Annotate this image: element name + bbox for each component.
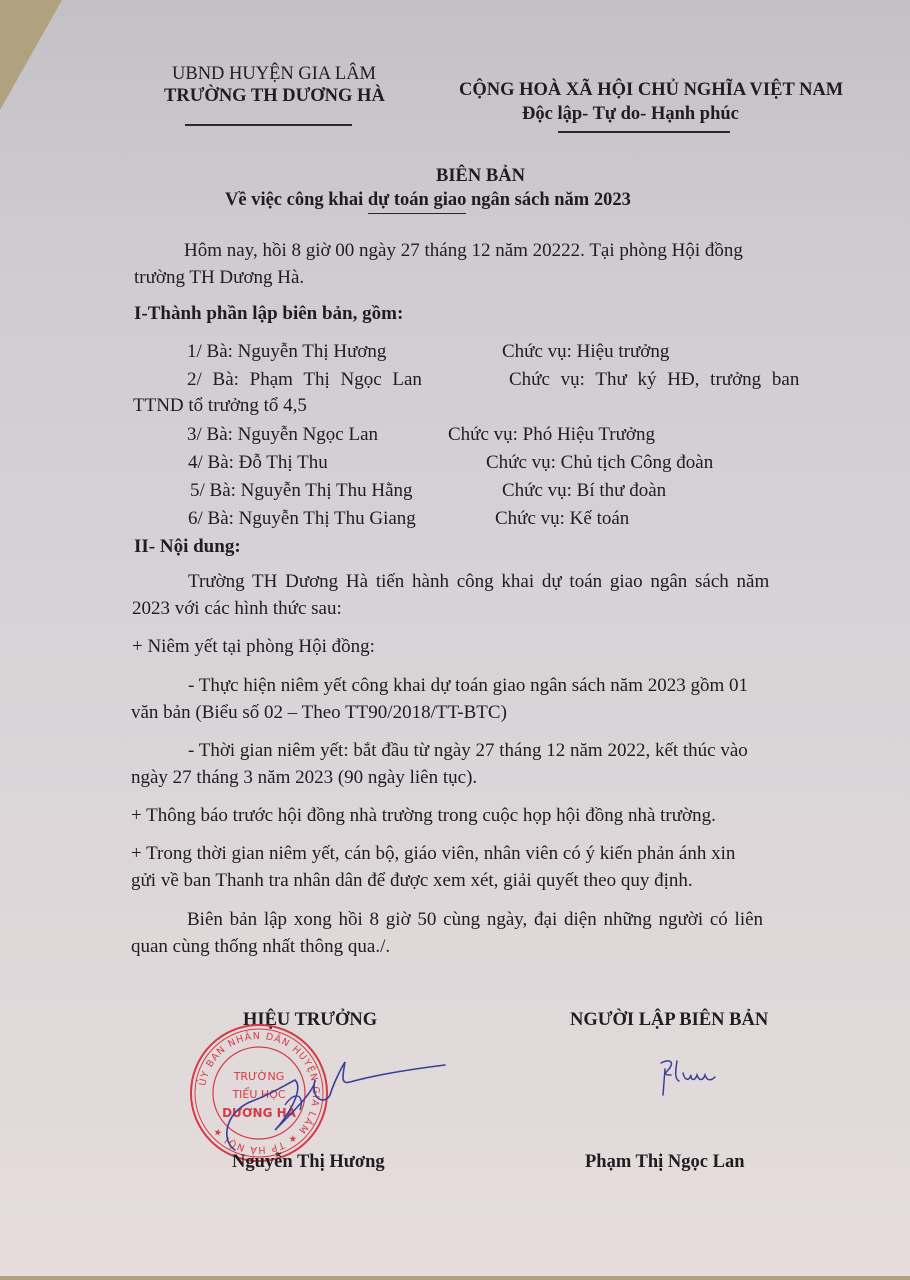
header-right-underline bbox=[558, 131, 730, 133]
header-agency: UBND HUYỆN GIA LÂM bbox=[172, 64, 376, 85]
member-4-name: 4/ Bà: Đỗ Thị Thu bbox=[188, 452, 328, 474]
document-subtitle: Về việc công khai dự toán giao ngân sách… bbox=[225, 190, 631, 211]
intro-line-2: trường TH Dương Hà. bbox=[134, 267, 304, 289]
member-6-name: 6/ Bà: Nguyễn Thị Thu Giang bbox=[188, 508, 416, 530]
signature-right-title: NGƯỜI LẬP BIÊN BẢN bbox=[570, 1010, 768, 1031]
content-para-1-line-2: 2023 với các hình thức sau: bbox=[132, 598, 342, 620]
document-title: BIÊN BẢN bbox=[436, 166, 525, 187]
section-2-heading: II- Nội dung: bbox=[134, 536, 241, 558]
member-4-role: Chức vụ: Chủ tịch Công đoàn bbox=[486, 452, 713, 474]
subtitle-underlined: dự toán giao bbox=[368, 190, 466, 214]
subtitle-prefix: Về việc công khai bbox=[225, 190, 368, 210]
recorder-signature-icon bbox=[655, 1055, 725, 1100]
member-1-role: Chức vụ: Hiệu trưởng bbox=[502, 341, 669, 363]
content-item-1-sub-2-line-1: - Thời gian niêm yết: bắt đầu từ ngày 27… bbox=[188, 740, 748, 762]
content-item-1-sub-1-line-2: văn bản (Biểu số 02 – Theo TT90/2018/TT-… bbox=[131, 702, 507, 724]
member-2-role: Chức vụ: Thư ký HĐ, trưởng ban bbox=[509, 369, 799, 391]
content-item-2: + Thông báo trước hội đồng nhà trường tr… bbox=[131, 805, 716, 827]
subtitle-suffix: ngân sách năm 2023 bbox=[466, 190, 630, 210]
content-item-3-line-2: gửi về ban Thanh tra nhân dân để được xe… bbox=[131, 870, 693, 892]
header-school: TRƯỜNG TH DƯƠNG HÀ bbox=[164, 86, 385, 107]
content-item-1-sub-2-line-2: ngày 27 tháng 3 năm 2023 (90 ngày liên t… bbox=[131, 767, 477, 789]
member-6-role: Chức vụ: Kế toán bbox=[495, 508, 629, 530]
member-2-name: 2/ Bà: Phạm Thị Ngọc Lan bbox=[187, 369, 422, 391]
content-item-1-sub-1-line-1: - Thực hiện niêm yết công khai dự toán g… bbox=[188, 675, 748, 697]
content-item-3-line-1: + Trong thời gian niêm yết, cán bộ, giáo… bbox=[131, 843, 735, 865]
content-para-1-line-1: Trường TH Dương Hà tiến hành công khai d… bbox=[188, 571, 769, 593]
principal-signature-icon bbox=[215, 1050, 455, 1160]
member-3-name: 3/ Bà: Nguyễn Ngọc Lan bbox=[187, 424, 378, 446]
member-5-role: Chức vụ: Bí thư đoàn bbox=[502, 480, 666, 502]
member-5-name: 5/ Bà: Nguyễn Thị Thu Hằng bbox=[190, 480, 413, 502]
intro-line-1: Hôm nay, hồi 8 giờ 00 ngày 27 tháng 12 n… bbox=[184, 240, 743, 262]
member-3-role: Chức vụ: Phó Hiệu Trưởng bbox=[448, 424, 655, 446]
content-item-1: + Niêm yết tại phòng Hội đồng: bbox=[132, 636, 375, 658]
section-1-heading: I-Thành phần lập biên bản, gồm: bbox=[134, 303, 403, 325]
closing-line-1: Biên bản lập xong hồi 8 giờ 50 cùng ngày… bbox=[187, 909, 763, 931]
header-nation: CỘNG HOÀ XÃ HỘI CHỦ NGHĨA VIỆT NAM bbox=[459, 80, 843, 101]
closing-line-2: quan cùng thống nhất thông qua./. bbox=[131, 936, 390, 958]
signature-right-name: Phạm Thị Ngọc Lan bbox=[585, 1152, 745, 1173]
header-motto: Độc lập- Tự do- Hạnh phúc bbox=[522, 104, 739, 125]
signature-left-name: Nguyễn Thị Hương bbox=[232, 1152, 385, 1173]
header-left-underline bbox=[185, 124, 352, 126]
member-2-role-cont: TTND tổ trưởng tổ 4,5 bbox=[133, 395, 307, 417]
member-1-name: 1/ Bà: Nguyễn Thị Hương bbox=[187, 341, 386, 363]
